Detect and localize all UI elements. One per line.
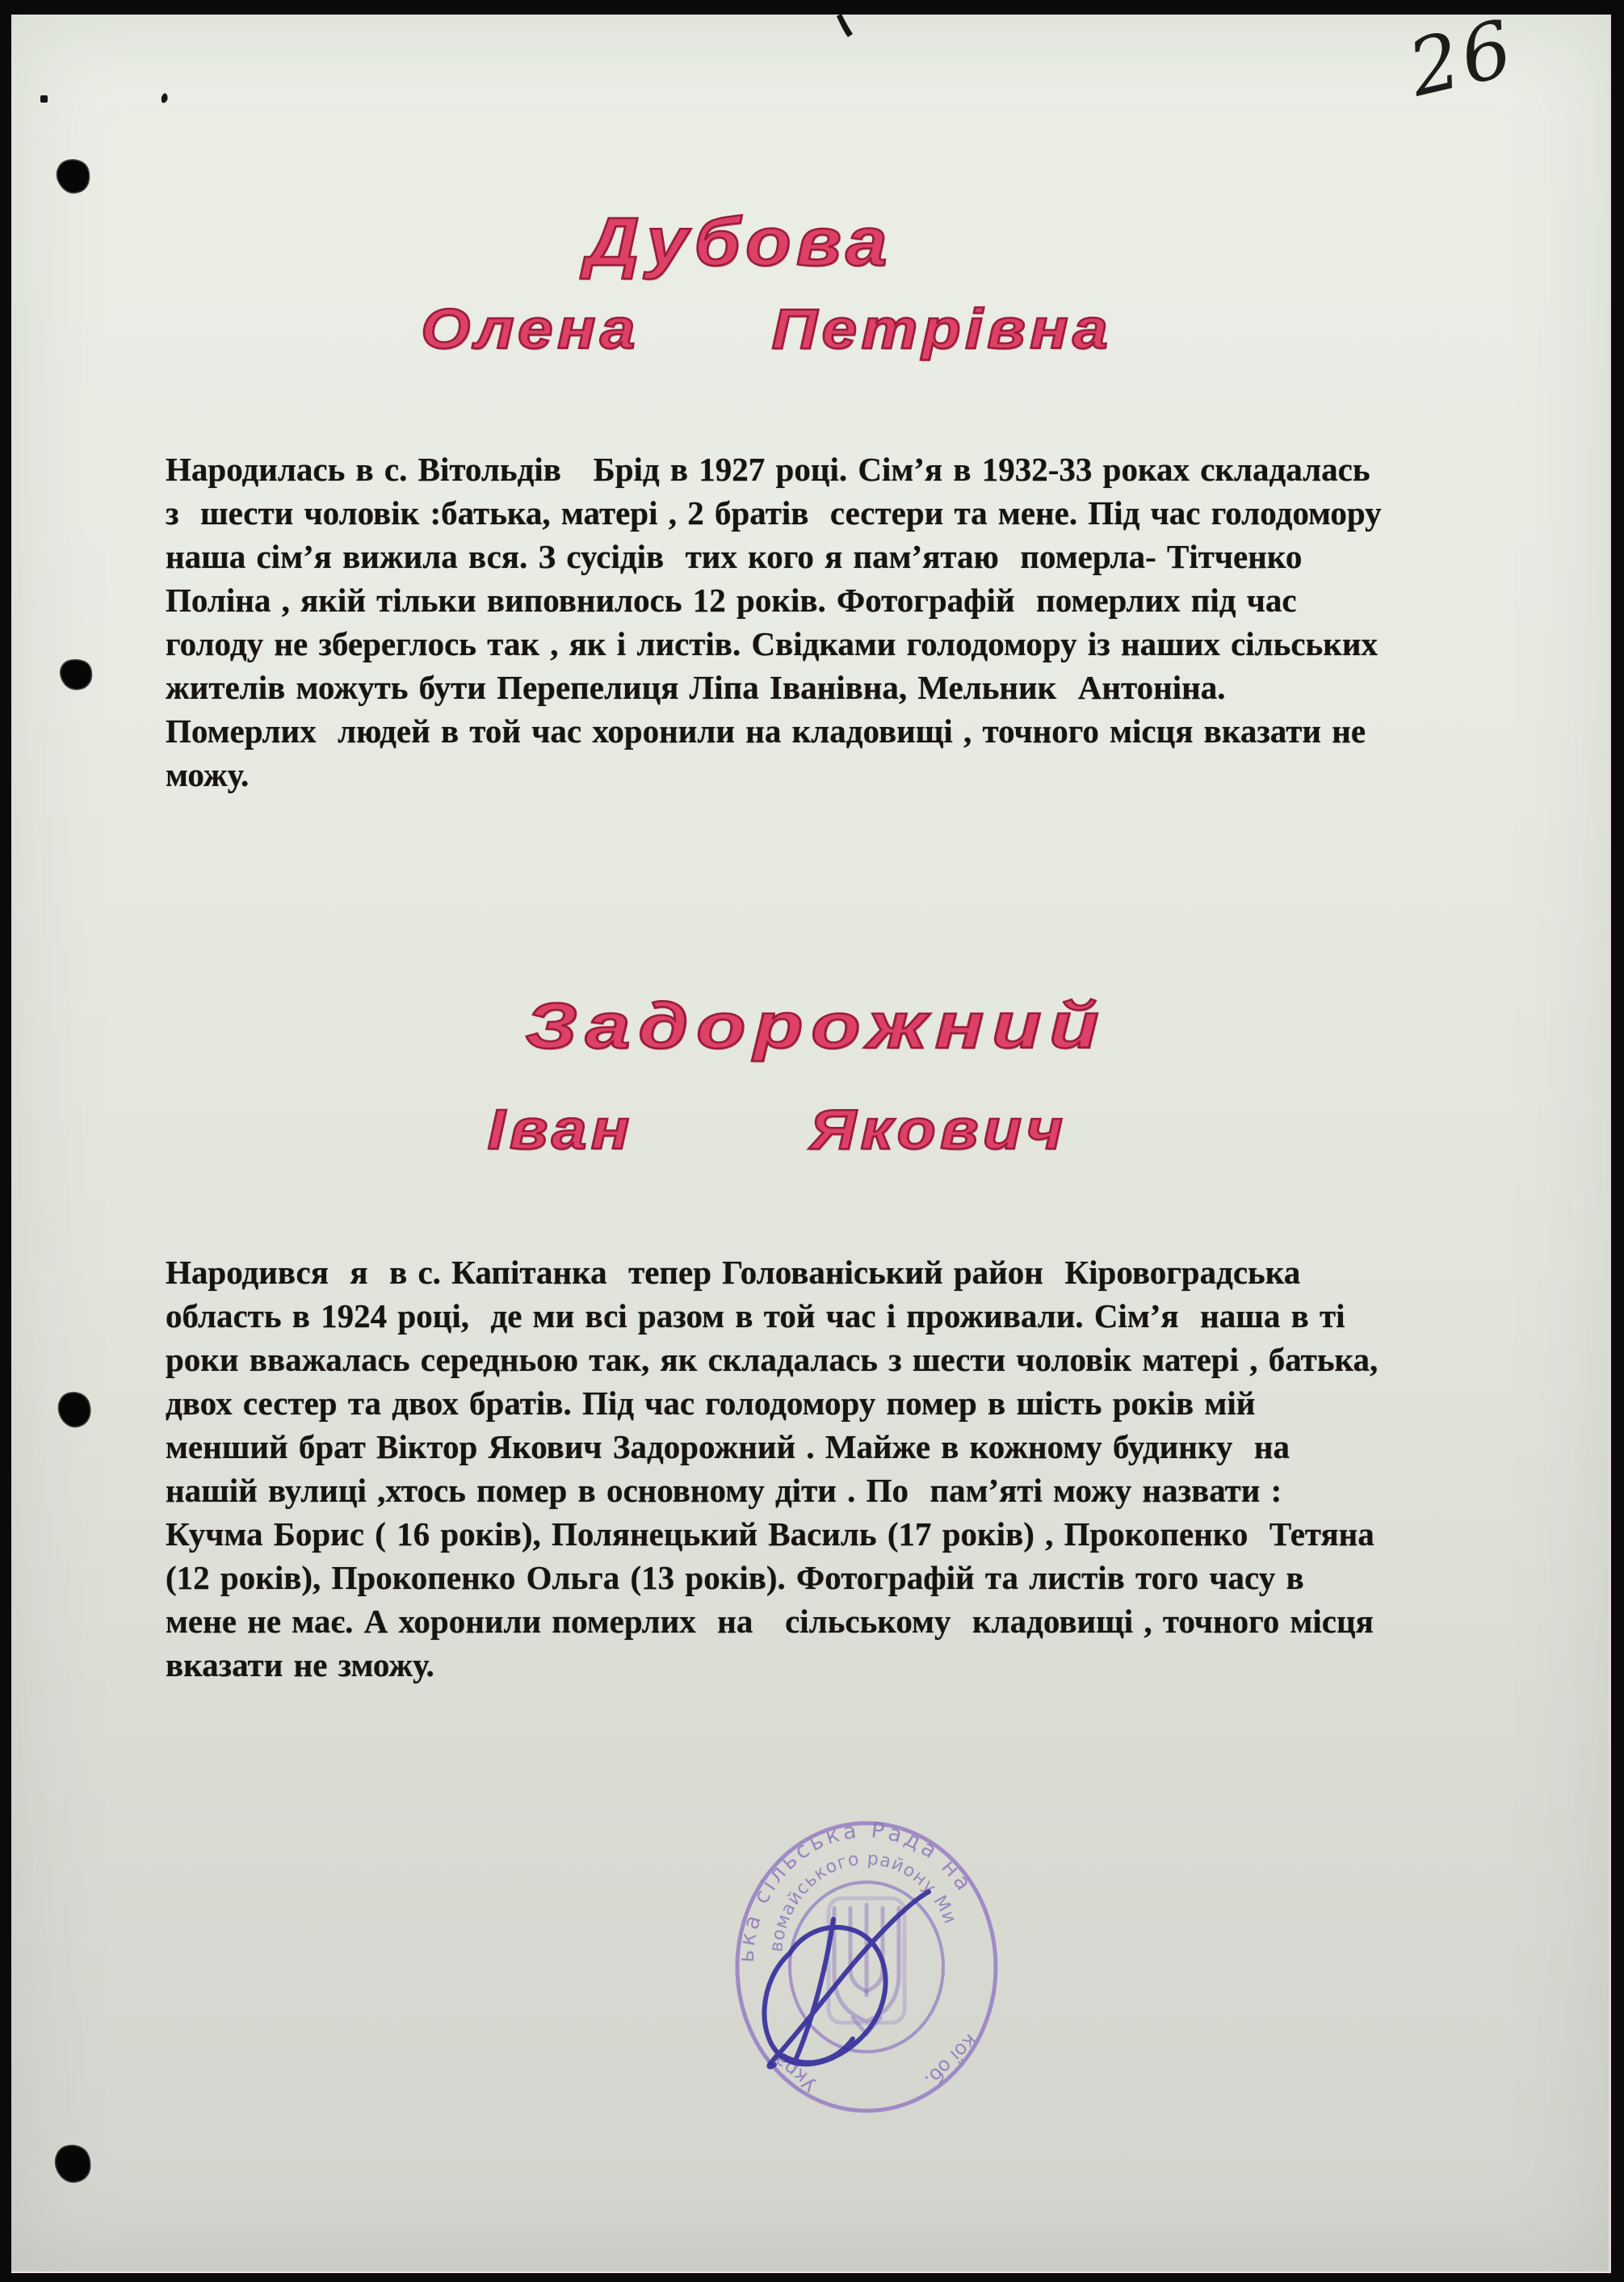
entry1-name-title: Олена Петрівна [0,296,1624,361]
paragraph-line: (12 років), Прокопенко Ольга (13 років).… [166,1556,1538,1599]
paragraph-line: Кучма Борис ( 16 років), Полянецький Вас… [166,1512,1538,1556]
paragraph-line: наша сім’я вижила вся. З сусідів тих ког… [166,535,1538,578]
paragraph-line: Народилась в с. Вітольдів Брід в 1927 ро… [166,448,1538,491]
entry2-paragraph: Народився я в с. Капітанка тепер Голован… [166,1250,1538,1687]
paragraph-line: можу. [166,753,1538,796]
paragraph-line: двох сестер та двох братів. Під час голо… [166,1381,1538,1425]
entry1-paragraph: Народилась в с. Вітольдів Брід в 1927 ро… [166,448,1538,796]
paragraph-line: з шести чоловік :батька, матері , 2 брат… [166,491,1538,535]
paragraph-line: мене не має. А хоронили померлих на сіль… [166,1599,1538,1643]
paragraph-line: жителів можуть бути Перепелиця Ліпа Іван… [166,666,1538,709]
paper-sheet: Дубова Олена Петрівна Народилась в с. Ві… [11,15,1611,2273]
paragraph-line: Померлих людей в той час хоронили на кла… [166,709,1538,753]
paragraph-line: роки вважалась середньою так, як складал… [166,1338,1538,1381]
entry2-name-title: Іван Якович [0,1097,1624,1162]
paragraph-line: голоду не збереглось так , як і листів. … [166,622,1538,666]
paragraph-line: нашій вулиці ,хтось помер в основному ді… [166,1469,1538,1512]
paragraph-line: область в 1924 році, де ми всі разом в т… [166,1294,1538,1338]
paragraph-line: Народився я в с. Капітанка тепер Голован… [166,1250,1538,1294]
paragraph-line: вказати не зможу. [166,1643,1538,1687]
scan-background: Дубова Олена Петрівна Народилась в с. Ві… [0,0,1624,2282]
entry1-surname-title: Дубова [0,203,1618,281]
paragraph-line: Поліна , якій тільки виповнилось 12 рокі… [166,578,1538,622]
entry2-surname-title: Задорожний [0,989,1624,1063]
paragraph-line: менший брат Віктор Якович Задорожний . М… [166,1425,1538,1469]
